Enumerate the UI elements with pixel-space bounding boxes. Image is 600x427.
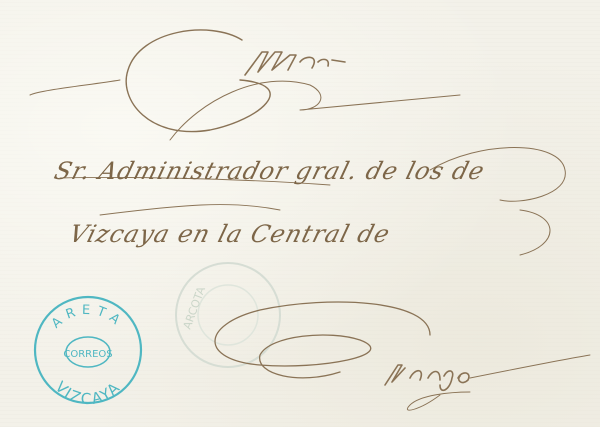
postmark-center-text: CORREOS	[63, 349, 112, 360]
postmark-top-text: ARETA	[49, 303, 127, 332]
postmark-bottom-text: VIZCAYA	[52, 378, 125, 408]
address-line-3: Vizcaya en la Central de	[66, 220, 393, 248]
address-line-2: Sr. Administrador gral. de los de	[51, 157, 488, 185]
svg-text:ARETA: ARETA	[49, 303, 127, 332]
svg-text:VIZCAYA: VIZCAYA	[52, 378, 125, 408]
postmark-areta-vizcaya: ARETA CORREOS VIZCAYA	[30, 292, 146, 408]
postal-cover: ARCOTA Correos Sr. Administrador gral. d…	[0, 0, 600, 427]
